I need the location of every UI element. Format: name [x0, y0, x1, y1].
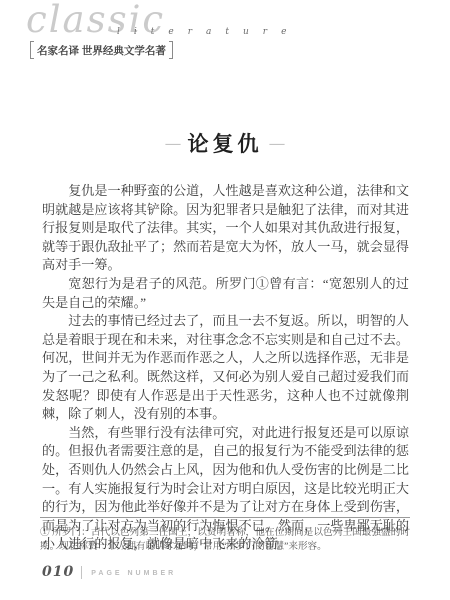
- essay-body: 复仇是一种野蛮的公道，人性越是喜欢这种公道，法律和文明就越是应该将其铲除。因为犯…: [42, 182, 409, 554]
- paragraph-2: 宽恕行为是君子的风范。所罗门①曾有言：“宽恕别人的过失是自己的荣耀。”: [42, 275, 409, 312]
- header-spaced-word: literature: [117, 27, 300, 37]
- page-number-label: PAGE NUMBER: [91, 568, 176, 577]
- book-page: classic literature 名家名译 世界经典文学名著 —论复仇— 复…: [0, 0, 450, 600]
- footnote-section: ① 所罗门：古代以色列第三任国王，以贤明著称，他在位期间是以色列王国最强盛的时期…: [40, 517, 410, 553]
- title-dash-right: —: [263, 136, 292, 152]
- series-badge-text: 名家名译 世界经典文学名著: [34, 41, 169, 59]
- page-footer: 010 PAGE NUMBER: [42, 564, 176, 580]
- paragraph-3: 过去的事情已经过去了，而且一去不复返。所以，明智的人总是着眼于现在和未来，对往事…: [42, 312, 409, 424]
- bracket-right-decoration: [169, 41, 173, 59]
- footer-divider: [81, 566, 82, 579]
- paragraph-1: 复仇是一种野蛮的公道，人性越是喜欢这种公道，法律和文明就越是应该将其铲除。因为犯…: [42, 182, 409, 275]
- chapter-title-text: 论复仇: [188, 132, 263, 156]
- title-dash-left: —: [159, 136, 188, 152]
- series-badge: 名家名译 世界经典文学名著: [30, 41, 173, 59]
- chapter-title: —论复仇—: [0, 128, 450, 158]
- footnote-text: ① 所罗门：古代以色列第三任国王，以贤明著称，他在位期间是以色列王国最强盛的时期…: [40, 526, 410, 553]
- page-number: 010: [42, 564, 74, 580]
- footnote-separator-rule: [40, 517, 410, 518]
